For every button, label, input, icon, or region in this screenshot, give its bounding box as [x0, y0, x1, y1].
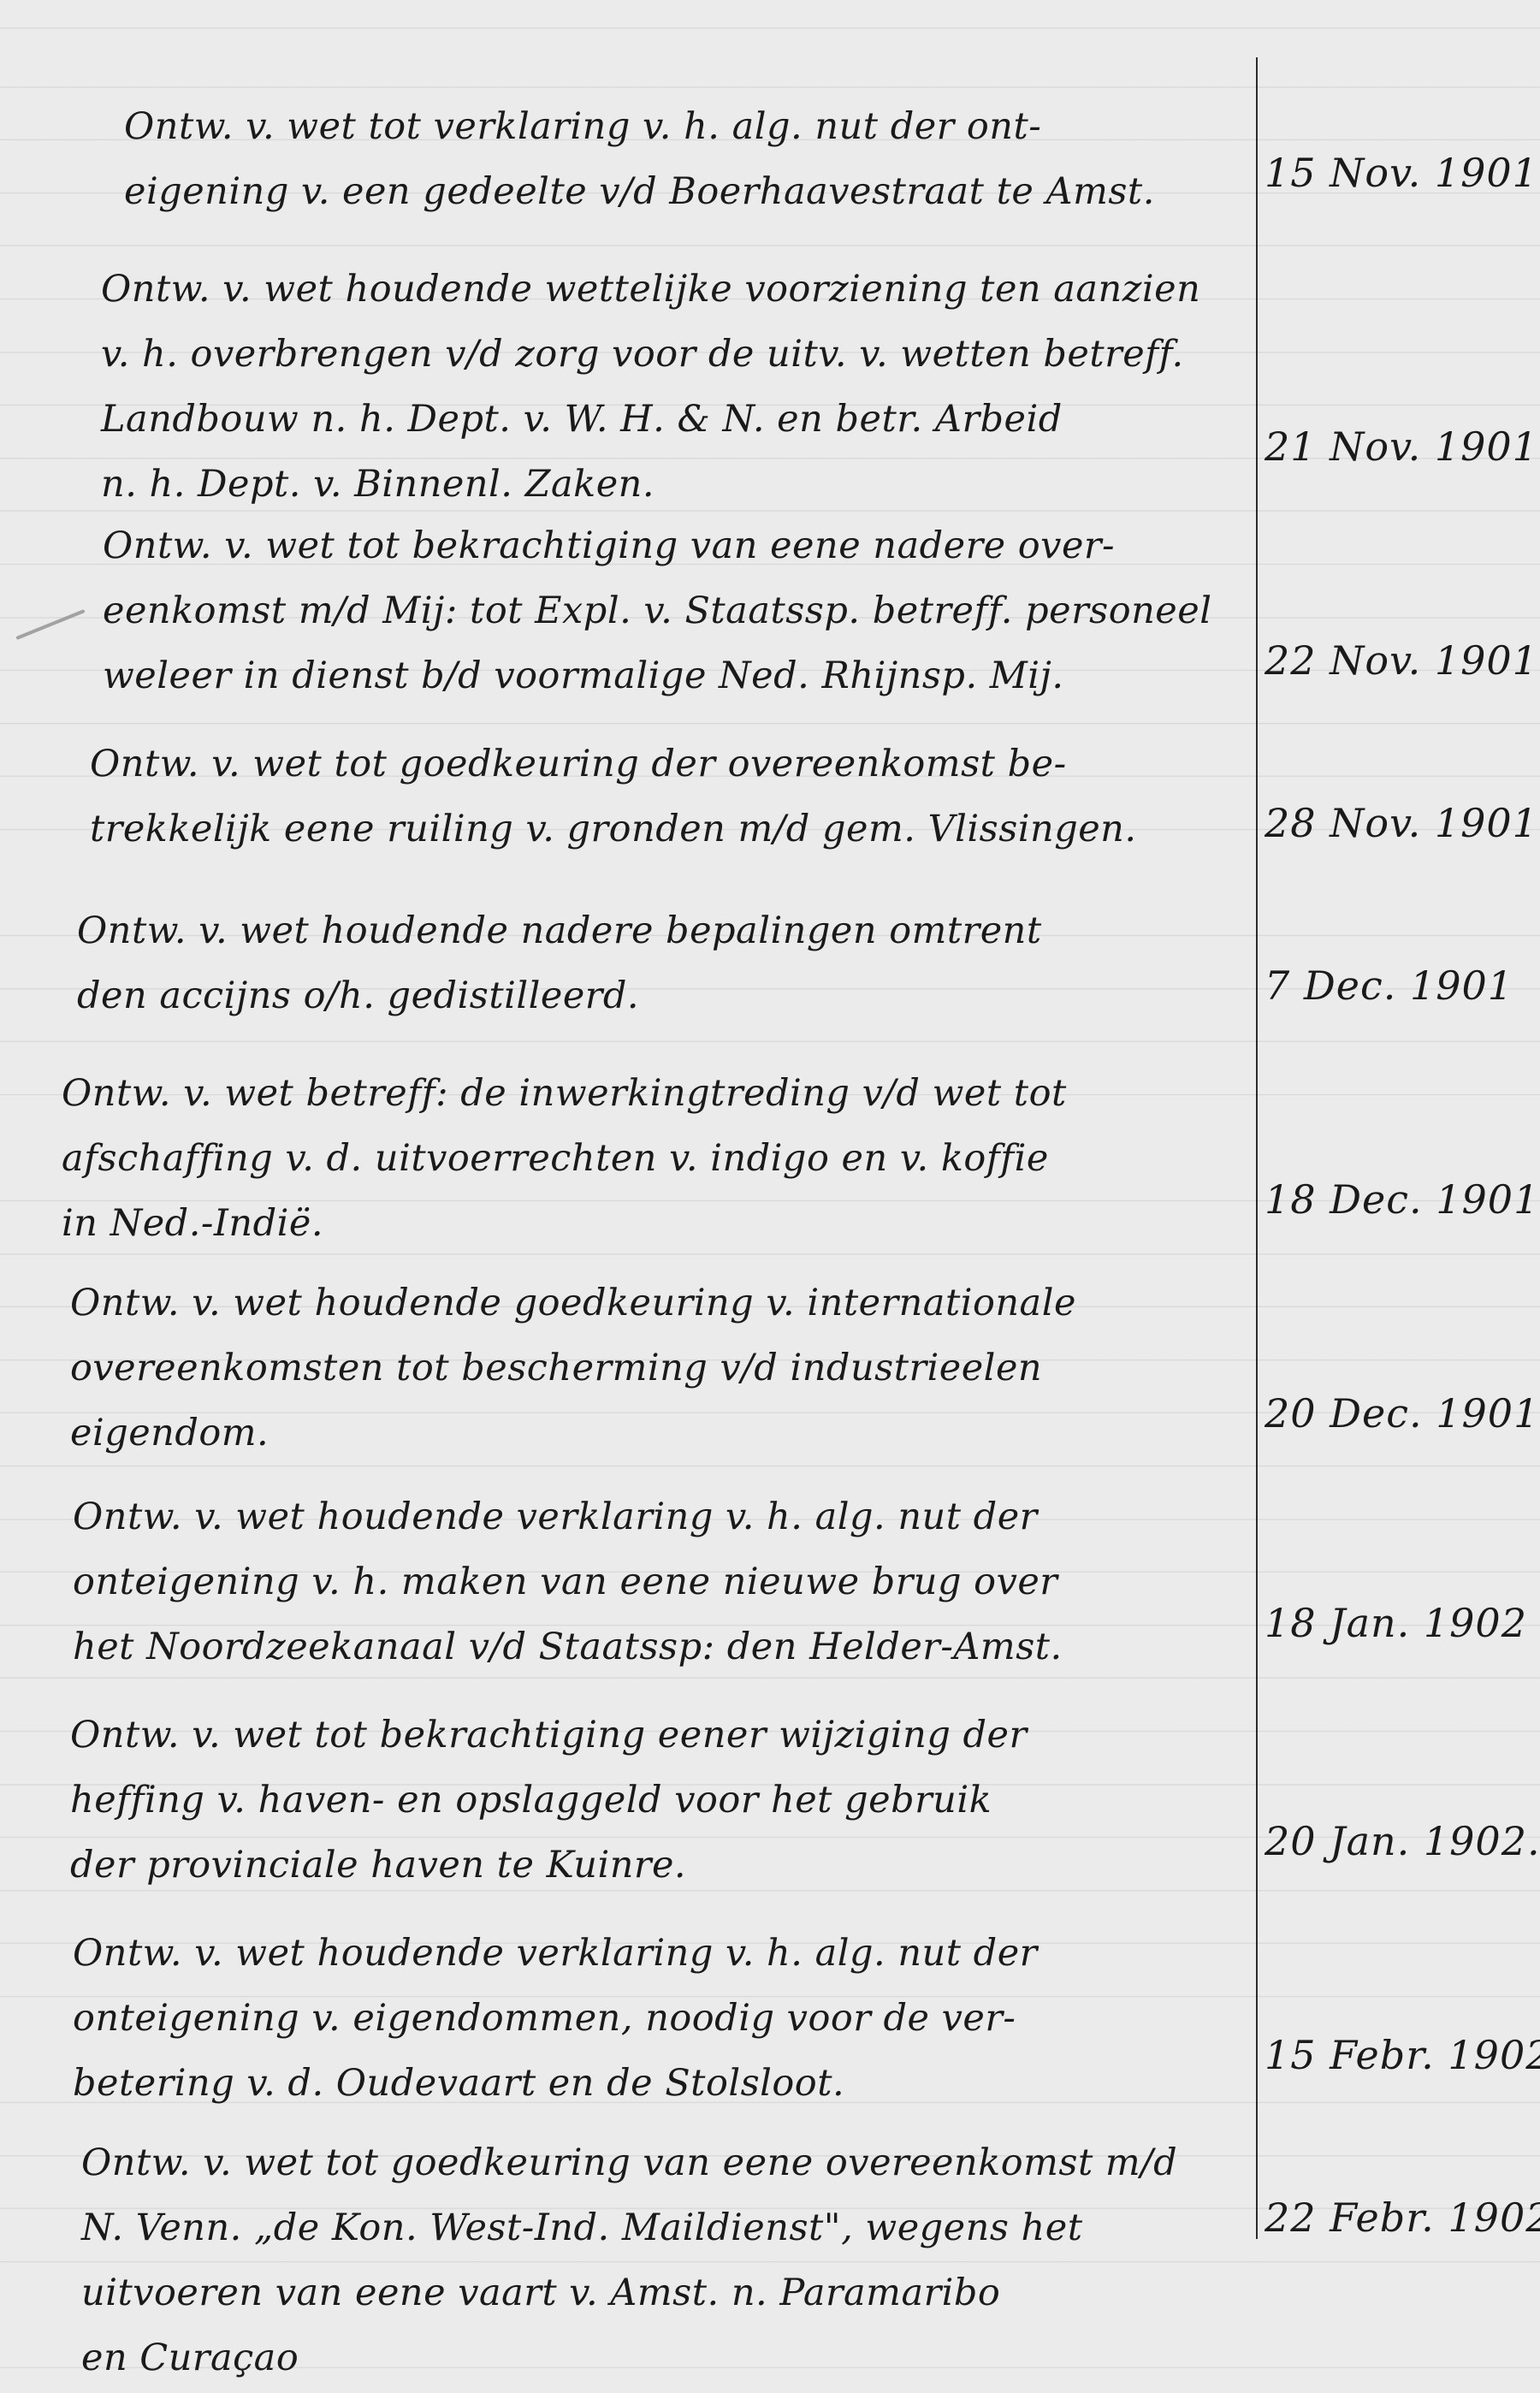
entry-description: Ontw. v. wet tot verklaring v. h. alg. n…	[124, 94, 1288, 224]
description-line: Ontw. v. wet betreff: de inwerkingtredin…	[62, 1061, 1225, 1126]
entry-description: Ontw. v. wet houdende verklaring v. h. a…	[73, 1921, 1236, 2116]
description-line: der provinciale haven te Kuinre.	[70, 1833, 1234, 1898]
description-line: onteigening v. eigendommen, noodig voor …	[73, 1986, 1236, 2051]
description-line: uitvoeren van eene vaart v. Amst. n. Par…	[81, 2260, 1245, 2325]
entry-date: 28 Nov. 1901.	[1265, 800, 1538, 846]
description-line: overeenkomsten tot bescherming v/d indus…	[70, 1336, 1234, 1401]
entry-date: 21 Nov. 1901	[1265, 424, 1538, 470]
entry-description: Ontw. v. wet tot bekrachtiging eener wij…	[70, 1703, 1234, 1898]
entry-description: Ontw. v. wet houdende nadere bepalingen …	[77, 898, 1241, 1028]
description-line: het Noordzeekanaal v/d Staatssp: den Hel…	[73, 1614, 1236, 1679]
margin-pencil-mark	[15, 609, 85, 640]
description-line: Ontw. v. wet houdende wettelijke voorzie…	[101, 257, 1265, 322]
entry-date: 18 Dec. 1901	[1265, 1176, 1538, 1223]
description-line: eigendom.	[70, 1401, 1234, 1466]
description-line: Ontw. v. wet houdende nadere bepalingen …	[77, 898, 1241, 963]
entry-description: Ontw. v. wet tot goedkeuring der overeen…	[90, 732, 1253, 862]
description-line: onteigening v. h. maken van eene nieuwe …	[73, 1549, 1236, 1614]
entry-description: Ontw. v. wet betreff: de inwerkingtredin…	[62, 1061, 1225, 1256]
entry-date: 20 Dec. 1901.	[1265, 1390, 1538, 1436]
entry-date: 15 Febr. 1902	[1265, 2032, 1538, 2078]
description-line: Ontw. v. wet tot goedkeuring van eene ov…	[81, 2130, 1245, 2195]
entry-description: Ontw. v. wet houdende verklaring v. h. a…	[73, 1484, 1236, 1679]
description-line: weleer in dienst b/d voormalige Ned. Rhi…	[103, 643, 1266, 708]
description-line: Ontw. v. wet tot bekrachtiging eener wij…	[70, 1703, 1234, 1768]
description-line: v. h. overbrengen v/d zorg voor de uitv.…	[101, 322, 1265, 387]
description-line: trekkelijk eene ruiling v. gronden m/d g…	[90, 797, 1253, 862]
entry-date: 22 Febr. 1902	[1265, 2195, 1538, 2241]
description-line: heffing v. haven- en opslaggeld voor het…	[70, 1768, 1234, 1833]
entry-date: 22 Nov. 1901	[1265, 637, 1538, 684]
description-line: den accijns o/h. gedistilleerd.	[77, 963, 1241, 1028]
entry-date: 7 Dec. 1901	[1265, 963, 1538, 1009]
register-page: Ontw. v. wet tot verklaring v. h. alg. n…	[0, 0, 1540, 2393]
entry-date: 20 Jan. 1902.	[1265, 1818, 1538, 1864]
description-line: Ontw. v. wet tot goedkeuring der overeen…	[90, 732, 1253, 797]
description-line: Ontw. v. wet tot bekrachtiging van eene …	[103, 513, 1266, 578]
description-line: Ontw. v. wet houdende goedkeuring v. int…	[70, 1271, 1234, 1336]
description-line: Ontw. v. wet houdende verklaring v. h. a…	[73, 1484, 1236, 1549]
description-line: in Ned.-Indië.	[62, 1191, 1225, 1256]
description-line: betering v. d. Oudevaart en de Stolsloot…	[73, 2051, 1236, 2116]
description-line: Landbouw n. h. Dept. v. W. H. & N. en be…	[101, 387, 1265, 452]
description-line: Ontw. v. wet tot verklaring v. h. alg. n…	[124, 94, 1288, 159]
description-line: eenkomst m/d Mij: tot Expl. v. Staatssp.…	[103, 578, 1266, 643]
description-line: N. Venn. „de Kon. West-Ind. Maildienst",…	[81, 2195, 1245, 2260]
entry-description: Ontw. v. wet houdende goedkeuring v. int…	[70, 1271, 1234, 1466]
entry-description: Ontw. v. wet houdende wettelijke voorzie…	[101, 257, 1265, 517]
entry-date: 15 Nov. 1901	[1265, 150, 1538, 196]
description-line: Ontw. v. wet houdende verklaring v. h. a…	[73, 1921, 1236, 1986]
description-line: en Curaçao	[81, 2325, 1245, 2390]
entry-date: 18 Jan. 1902	[1265, 1600, 1538, 1646]
description-line: n. h. Dept. v. Binnenl. Zaken.	[101, 452, 1265, 517]
description-line: afschaffing v. d. uitvoerrechten v. indi…	[62, 1126, 1225, 1191]
description-line: eigening v. een gedeelte v/d Boerhaavest…	[124, 159, 1288, 224]
entry-description: Ontw. v. wet tot goedkeuring van eene ov…	[81, 2130, 1245, 2390]
entry-description: Ontw. v. wet tot bekrachtiging van eene …	[103, 513, 1266, 708]
